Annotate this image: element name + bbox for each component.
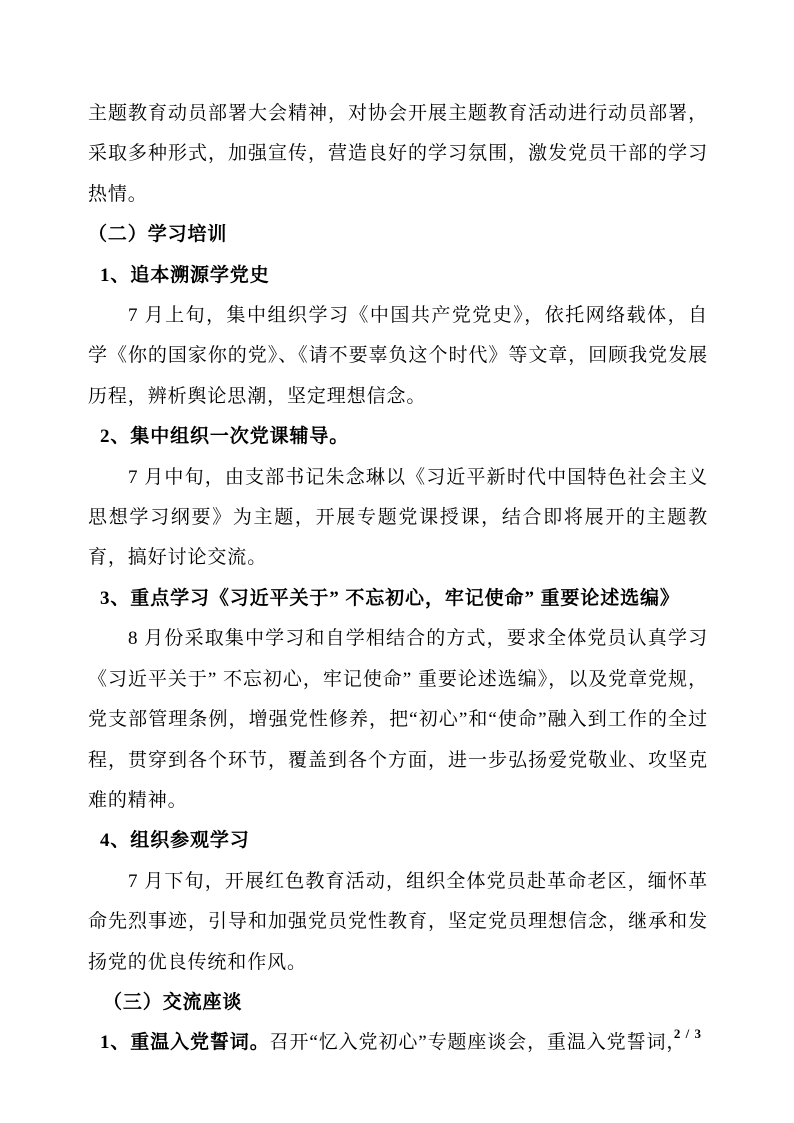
section-heading: 2、集中组织一次党课辅导。 bbox=[88, 417, 708, 457]
paragraph: 7 月下旬，开展红色教育活动，组织全体党员赴革命老区，缅怀革命先烈事迹，引导和加… bbox=[88, 862, 708, 983]
text-run: 召开“忆入党初心”专题座谈会，重温入党誓词， bbox=[270, 1032, 687, 1053]
paragraph: 7 月上旬，集中组织学习《中国共产党党史》，依托网络载体，自学《你的国家你的党》… bbox=[88, 296, 708, 417]
paragraph: 7 月中旬，由支部书记朱念琳以《习近平新时代中国特色社会主义思想学习纲要》为主题… bbox=[88, 458, 708, 579]
paragraph: 主题教育动员部署大会精神，对协会开展主题教育活动进行动员部署，采取多种形式，加强… bbox=[88, 94, 708, 215]
section-heading: 3、重点学习《习近平关于” 不忘初心，牢记使命” 重要论述选编》 bbox=[88, 579, 708, 619]
document-page: 主题教育动员部署大会精神，对协会开展主题教育活动进行动员部署，采取多种形式，加强… bbox=[0, 0, 794, 1123]
section-heading: （三）交流座谈 bbox=[88, 983, 708, 1023]
paragraph: 1、重温入党誓词。召开“忆入党初心”专题座谈会，重温入党誓词， bbox=[88, 1023, 708, 1063]
bold-text-run: 1、重温入党誓词。 bbox=[100, 1032, 270, 1053]
section-heading: 1、追本溯源学党史 bbox=[88, 256, 708, 296]
section-heading: （二）学习培训 bbox=[88, 215, 708, 255]
document-content: 主题教育动员部署大会精神，对协会开展主题教育活动进行动员部署，采取多种形式，加强… bbox=[88, 94, 708, 1064]
page-number: 2 / 3 bbox=[674, 1026, 702, 1042]
paragraph: 8 月份采取集中学习和自学相结合的方式，要求全体党员认真学习《习近平关于” 不忘… bbox=[88, 619, 708, 821]
section-heading: 4、组织参观学习 bbox=[88, 821, 708, 861]
